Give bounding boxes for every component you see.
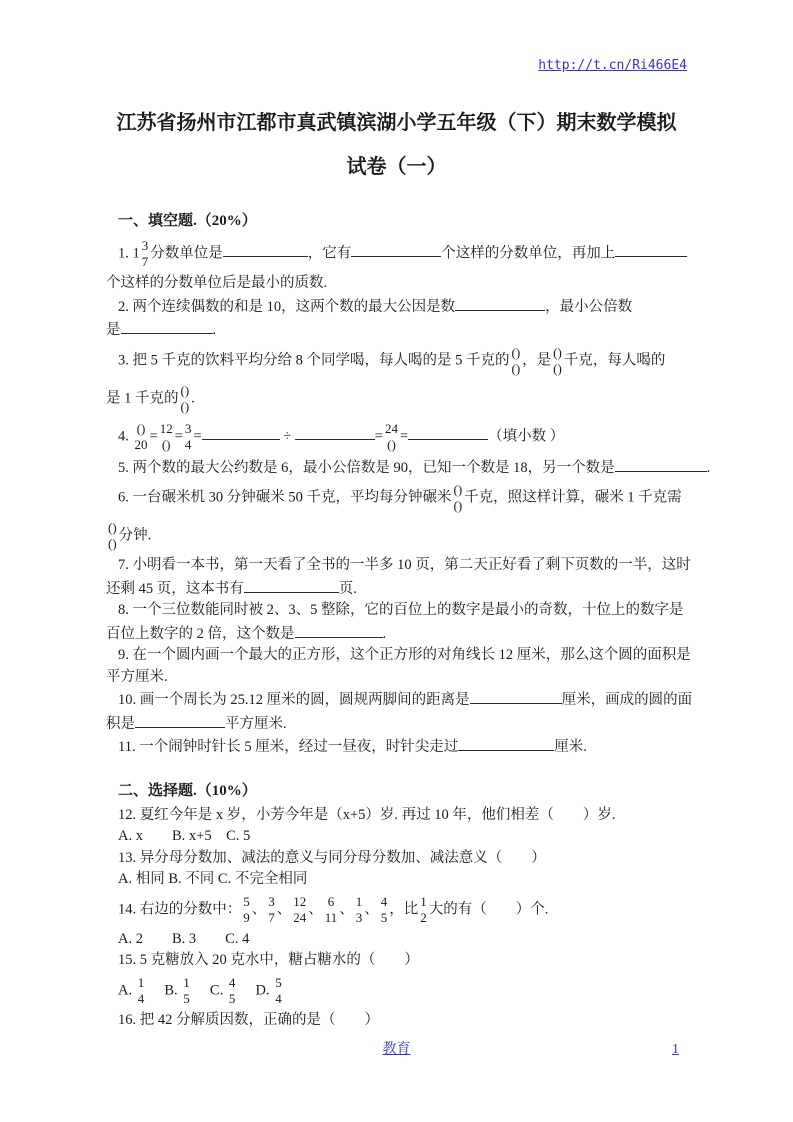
fraction-numerator: 12 bbox=[160, 421, 173, 437]
question-text: 还剩 45 页，这本书有 bbox=[106, 581, 244, 597]
fraction-denominator: 4 bbox=[185, 437, 192, 453]
question-text: = bbox=[400, 428, 408, 444]
answer-blank bbox=[351, 241, 441, 257]
question-line: 4. ()20=12()=34= ÷ =24()=（填小数 ） bbox=[106, 418, 687, 456]
question-line: 2. 两个连续偶数的和是 10，这两个数的最大公因是数，最小公倍数 bbox=[106, 295, 687, 319]
fraction-denominator: () bbox=[181, 399, 190, 415]
question-line: 还剩 45 页，这本书有页. bbox=[106, 577, 687, 601]
question-text: 个这样的分数单位，再加上 bbox=[441, 245, 615, 261]
question-text: 分数单位是 bbox=[150, 245, 223, 261]
question-line: 平方厘米. bbox=[106, 667, 687, 689]
page-footer: 教育 1 bbox=[106, 1041, 687, 1059]
fraction-numerator: 1 bbox=[138, 975, 145, 991]
question-text: = bbox=[375, 428, 383, 444]
question-text: = bbox=[193, 428, 201, 444]
fraction-numerator: 1 bbox=[420, 894, 427, 910]
question-text: 14. 右边的分数中： bbox=[118, 901, 241, 917]
question-text: = bbox=[175, 428, 183, 444]
fraction-numerator: 1 bbox=[356, 894, 363, 910]
fraction-numerator: 3 bbox=[268, 894, 275, 910]
page-title-line1: 江苏省扬州市江都市真武镇滨湖小学五年级（下）期末数学模拟 bbox=[106, 101, 687, 145]
question-text: A. bbox=[118, 982, 136, 998]
fraction: 24() bbox=[383, 418, 400, 456]
question-text: 、 bbox=[339, 901, 354, 917]
fraction-denominator: 11 bbox=[325, 910, 338, 926]
fraction-numerator: 3 bbox=[142, 238, 149, 254]
page-number: 1 bbox=[672, 1041, 679, 1059]
question-line: 14. 右边的分数中：59、37、1224、611、13、45，比12大的有（ … bbox=[106, 891, 687, 929]
question-line: 6. 一台碾米机 30 分钟碾米 50 千克，平均每分钟碾米()()千克，照这样… bbox=[106, 479, 687, 517]
answer-blank bbox=[408, 424, 488, 440]
question-text: 3. 把 5 千克的饮料平均分给 8 个同学喝，每人喝的是 5 千克的 bbox=[118, 352, 510, 368]
fraction: 611 bbox=[323, 891, 340, 929]
question-text: 4. bbox=[118, 428, 133, 444]
fraction-denominator: () bbox=[454, 498, 463, 514]
question-text: A. 2 B. 3 C. 4 bbox=[118, 931, 249, 947]
answer-blank bbox=[223, 241, 308, 257]
exam-paper-page: http://t.cn/Ri466E4 江苏省扬州市江都市真武镇滨湖小学五年级（… bbox=[0, 0, 793, 1122]
question-line: A. x B. x+5 C. 5 bbox=[106, 826, 687, 848]
fraction-denominator: 7 bbox=[268, 910, 275, 926]
question-text: 、 bbox=[252, 901, 267, 917]
question-text: 、 bbox=[364, 901, 379, 917]
question-text: ，比 bbox=[389, 901, 418, 917]
fraction-denominator: 5 bbox=[229, 991, 236, 1007]
fraction: 1224 bbox=[291, 891, 308, 929]
question-text: 是 1 千克的 bbox=[106, 390, 179, 406]
question-text: C. bbox=[192, 982, 227, 998]
question-text: 9. 在一个圆内画一个最大的正方形，这个正方形的对角线长 12 厘米，那么这个圆… bbox=[118, 647, 691, 663]
question-text: 8. 一个三位数能同时被 2、3、5 整除，它的百位上的数字是最小的奇数，十位上… bbox=[118, 602, 684, 618]
fraction: 34 bbox=[183, 418, 194, 456]
question-text: 个这样的分数单位后是最小的质数. bbox=[106, 275, 327, 291]
fraction-numerator: 1 bbox=[183, 975, 190, 991]
fraction-denominator: 24 bbox=[293, 910, 306, 926]
question-line: 15. 5 克糖放入 20 克水中，糖占糖水的（ ） bbox=[106, 950, 687, 972]
question-text: 5. 两个数的最大公约数是 6，最小公倍数是 90，已知一个数是 18，另一个数… bbox=[118, 460, 615, 476]
question-text: 1. 1 bbox=[118, 245, 140, 261]
fraction: 12 bbox=[418, 891, 429, 929]
question-line: 百位上数字的 2 倍，这个数是. bbox=[106, 622, 687, 646]
question-line: 积是平方厘米. bbox=[106, 712, 687, 736]
fraction-numerator: () bbox=[108, 520, 117, 536]
fraction: 59 bbox=[241, 891, 252, 929]
fraction: 15 bbox=[181, 972, 192, 1010]
question-text: 厘米，画成的圆的面 bbox=[562, 692, 693, 708]
question-line: 个这样的分数单位后是最小的质数. bbox=[106, 273, 687, 295]
question-text: 2. 两个连续偶数的和是 10，这两个数的最大公因是数 bbox=[118, 299, 455, 315]
fraction-numerator: 24 bbox=[385, 421, 398, 437]
page-header: http://t.cn/Ri466E4 bbox=[106, 56, 687, 75]
question-line: 13. 异分母分数加、减法的意义与同分母分数加、减法意义（ ） bbox=[106, 848, 687, 870]
question-line: A. 2 B. 3 C. 4 bbox=[106, 929, 687, 951]
fraction-numerator: 6 bbox=[328, 894, 335, 910]
question-text: . bbox=[213, 322, 217, 338]
question-text: 6. 一台碾米机 30 分钟碾米 50 千克，平均每分钟碾米 bbox=[118, 489, 452, 505]
question-text: 大的有（ ）个. bbox=[429, 901, 549, 917]
answer-blank bbox=[202, 424, 280, 440]
question-line: 10. 画一个周长为 25.12 厘米的圆，圆规两脚间的距离是厘米，画成的圆的面 bbox=[106, 688, 687, 712]
fraction-denominator: 5 bbox=[183, 991, 190, 1007]
fraction-numerator: 4 bbox=[381, 894, 388, 910]
fraction-numerator: 5 bbox=[243, 894, 250, 910]
question-text: = bbox=[150, 428, 158, 444]
answer-blank bbox=[295, 424, 375, 440]
fraction-denominator: () bbox=[512, 361, 521, 377]
question-text: . bbox=[383, 626, 387, 642]
question-line: 9. 在一个圆内画一个最大的正方形，这个正方形的对角线长 12 厘米，那么这个圆… bbox=[106, 645, 687, 667]
fraction: ()() bbox=[179, 380, 192, 418]
answer-blank bbox=[135, 712, 225, 728]
question-text: 15. 5 克糖放入 20 克水中，糖占糖水的（ ） bbox=[118, 952, 419, 968]
fraction: ()() bbox=[551, 342, 564, 380]
question-line: 是. bbox=[106, 318, 687, 342]
fraction-denominator: () bbox=[108, 536, 117, 552]
question-text: D. bbox=[237, 982, 273, 998]
question-line: 16. 把 42 分解质因数，正确的是（ ） bbox=[106, 1010, 687, 1032]
question-text: . bbox=[191, 390, 195, 406]
question-text: 千克，每人喝的 bbox=[564, 352, 666, 368]
fraction-numerator: () bbox=[181, 383, 190, 399]
fraction: 54 bbox=[273, 972, 284, 1010]
question-text: 16. 把 42 分解质因数，正确的是（ ） bbox=[118, 1012, 379, 1028]
question-text: 厘米. bbox=[554, 739, 587, 755]
question-line: 11. 一个闹钟时针长 5 厘米，经过一昼夜，时针尖走过厘米. bbox=[106, 735, 687, 759]
answer-blank bbox=[615, 456, 707, 472]
fraction: 12() bbox=[158, 418, 175, 456]
fraction-denominator: 20 bbox=[135, 437, 148, 453]
section-heading: 二、选择题.（10%） bbox=[106, 781, 687, 802]
fraction: ()() bbox=[510, 342, 523, 380]
question-line: 3. 把 5 千克的饮料平均分给 8 个同学喝，每人喝的是 5 千克的()()，… bbox=[106, 342, 687, 380]
fraction: 14 bbox=[136, 972, 147, 1010]
fraction-numerator: 3 bbox=[185, 421, 192, 437]
fraction: ()20 bbox=[133, 418, 150, 456]
answer-blank bbox=[295, 622, 383, 638]
fraction-numerator: 4 bbox=[229, 975, 236, 991]
question-text: 百位上数字的 2 倍，这个数是 bbox=[106, 626, 295, 642]
question-line: 是 1 千克的()(). bbox=[106, 380, 687, 418]
fraction-numerator: () bbox=[454, 482, 463, 498]
fraction: 45 bbox=[379, 891, 390, 929]
answer-blank bbox=[470, 688, 562, 704]
fraction-denominator: 2 bbox=[420, 910, 427, 926]
fraction-denominator: 3 bbox=[356, 910, 363, 926]
fraction: ()() bbox=[106, 517, 119, 555]
question-text: （填小数 ） bbox=[488, 428, 564, 444]
fraction: 13 bbox=[354, 891, 365, 929]
answer-blank bbox=[244, 577, 339, 593]
question-line: A. 相同 B. 不同 C. 不完全相同 bbox=[106, 869, 687, 891]
questions-container: 一、填空题.（20%）1. 137分数单位是，它有个这样的分数单位，再加上个这样… bbox=[106, 211, 687, 1031]
fraction-denominator: 9 bbox=[243, 910, 250, 926]
page-title: 江苏省扬州市江都市真武镇滨湖小学五年级（下）期末数学模拟 试卷（一） bbox=[106, 101, 687, 189]
question-text: ，是 bbox=[522, 352, 551, 368]
fraction-numerator: () bbox=[553, 345, 562, 361]
question-text: 是 bbox=[106, 322, 121, 338]
footer-edu-link[interactable]: 教育 bbox=[383, 1042, 411, 1057]
page-title-line2: 试卷（一） bbox=[106, 145, 687, 189]
fraction-denominator: 4 bbox=[275, 991, 282, 1007]
question-text: 千克，照这样计算，碾米 1 千克需 bbox=[464, 489, 682, 505]
fraction: 37 bbox=[140, 235, 151, 273]
question-text: 积是 bbox=[106, 716, 135, 732]
question-text: 、 bbox=[308, 901, 323, 917]
question-text: 13. 异分母分数加、减法的意义与同分母分数加、减法意义（ ） bbox=[118, 850, 546, 866]
header-url-link[interactable]: http://t.cn/Ri466E4 bbox=[538, 58, 687, 73]
question-text: ，最小公倍数 bbox=[545, 299, 632, 315]
question-text: 平方厘米. bbox=[225, 716, 287, 732]
fraction-numerator: () bbox=[512, 345, 521, 361]
fraction-denominator: () bbox=[387, 437, 396, 453]
question-line: 7. 小明看一本书，第一天看了全书的一半多 10 页，第二天正好看了剩下页数的一… bbox=[106, 555, 687, 577]
question-text: . bbox=[707, 460, 711, 476]
fraction-numerator: 5 bbox=[275, 975, 282, 991]
fraction-denominator: () bbox=[162, 437, 171, 453]
fraction-numerator: () bbox=[137, 421, 146, 437]
question-text: 页. bbox=[339, 581, 357, 597]
fraction-numerator: 12 bbox=[293, 894, 306, 910]
fraction-denominator: 5 bbox=[381, 910, 388, 926]
section-heading: 一、填空题.（20%） bbox=[106, 211, 687, 232]
question-line: 1. 137分数单位是，它有个这样的分数单位，再加上 bbox=[106, 235, 687, 273]
fraction: ()() bbox=[452, 479, 465, 517]
fraction: 37 bbox=[266, 891, 277, 929]
fraction-denominator: 7 bbox=[142, 254, 149, 270]
question-text: 、 bbox=[277, 901, 292, 917]
question-text: A. 相同 B. 不同 C. 不完全相同 bbox=[118, 871, 307, 887]
question-line: A. 14 B. 15 C. 45 D. 54 bbox=[106, 972, 687, 1010]
question-text: 11. 一个闹钟时针长 5 厘米，经过一昼夜，时针尖走过 bbox=[118, 739, 458, 755]
question-text: 10. 画一个周长为 25.12 厘米的圆，圆规两脚间的距离是 bbox=[118, 692, 470, 708]
question-line: ()()分钟. bbox=[106, 517, 687, 555]
question-text: 平方厘米. bbox=[106, 669, 168, 685]
fraction-denominator: () bbox=[553, 361, 562, 377]
question-text: B. bbox=[146, 982, 181, 998]
document-body: http://t.cn/Ri466E4 江苏省扬州市江都市真武镇滨湖小学五年级（… bbox=[0, 0, 793, 1031]
answer-blank bbox=[455, 295, 545, 311]
question-line: 12. 夏红今年是 x 岁，小芳今年是（x+5）岁. 再过 10 年，他们相差（… bbox=[106, 805, 687, 827]
question-text: ÷ bbox=[280, 428, 295, 444]
question-line: 5. 两个数的最大公约数是 6，最小公倍数是 90，已知一个数是 18，另一个数… bbox=[106, 456, 687, 480]
question-line: 8. 一个三位数能同时被 2、3、5 整除，它的百位上的数字是最小的奇数，十位上… bbox=[106, 600, 687, 622]
question-text: 7. 小明看一本书，第一天看了全书的一半多 10 页，第二天正好看了剩下页数的一… bbox=[118, 557, 691, 573]
question-text: 分钟. bbox=[119, 527, 152, 543]
fraction: 45 bbox=[227, 972, 238, 1010]
fraction-denominator: 4 bbox=[138, 991, 145, 1007]
answer-blank bbox=[615, 241, 687, 257]
question-text: A. x B. x+5 C. 5 bbox=[118, 828, 250, 844]
answer-blank bbox=[458, 735, 554, 751]
question-text: 12. 夏红今年是 x 岁，小芳今年是（x+5）岁. 再过 10 年，他们相差（… bbox=[118, 807, 616, 823]
question-text: ，它有 bbox=[308, 245, 352, 261]
answer-blank bbox=[121, 318, 213, 334]
